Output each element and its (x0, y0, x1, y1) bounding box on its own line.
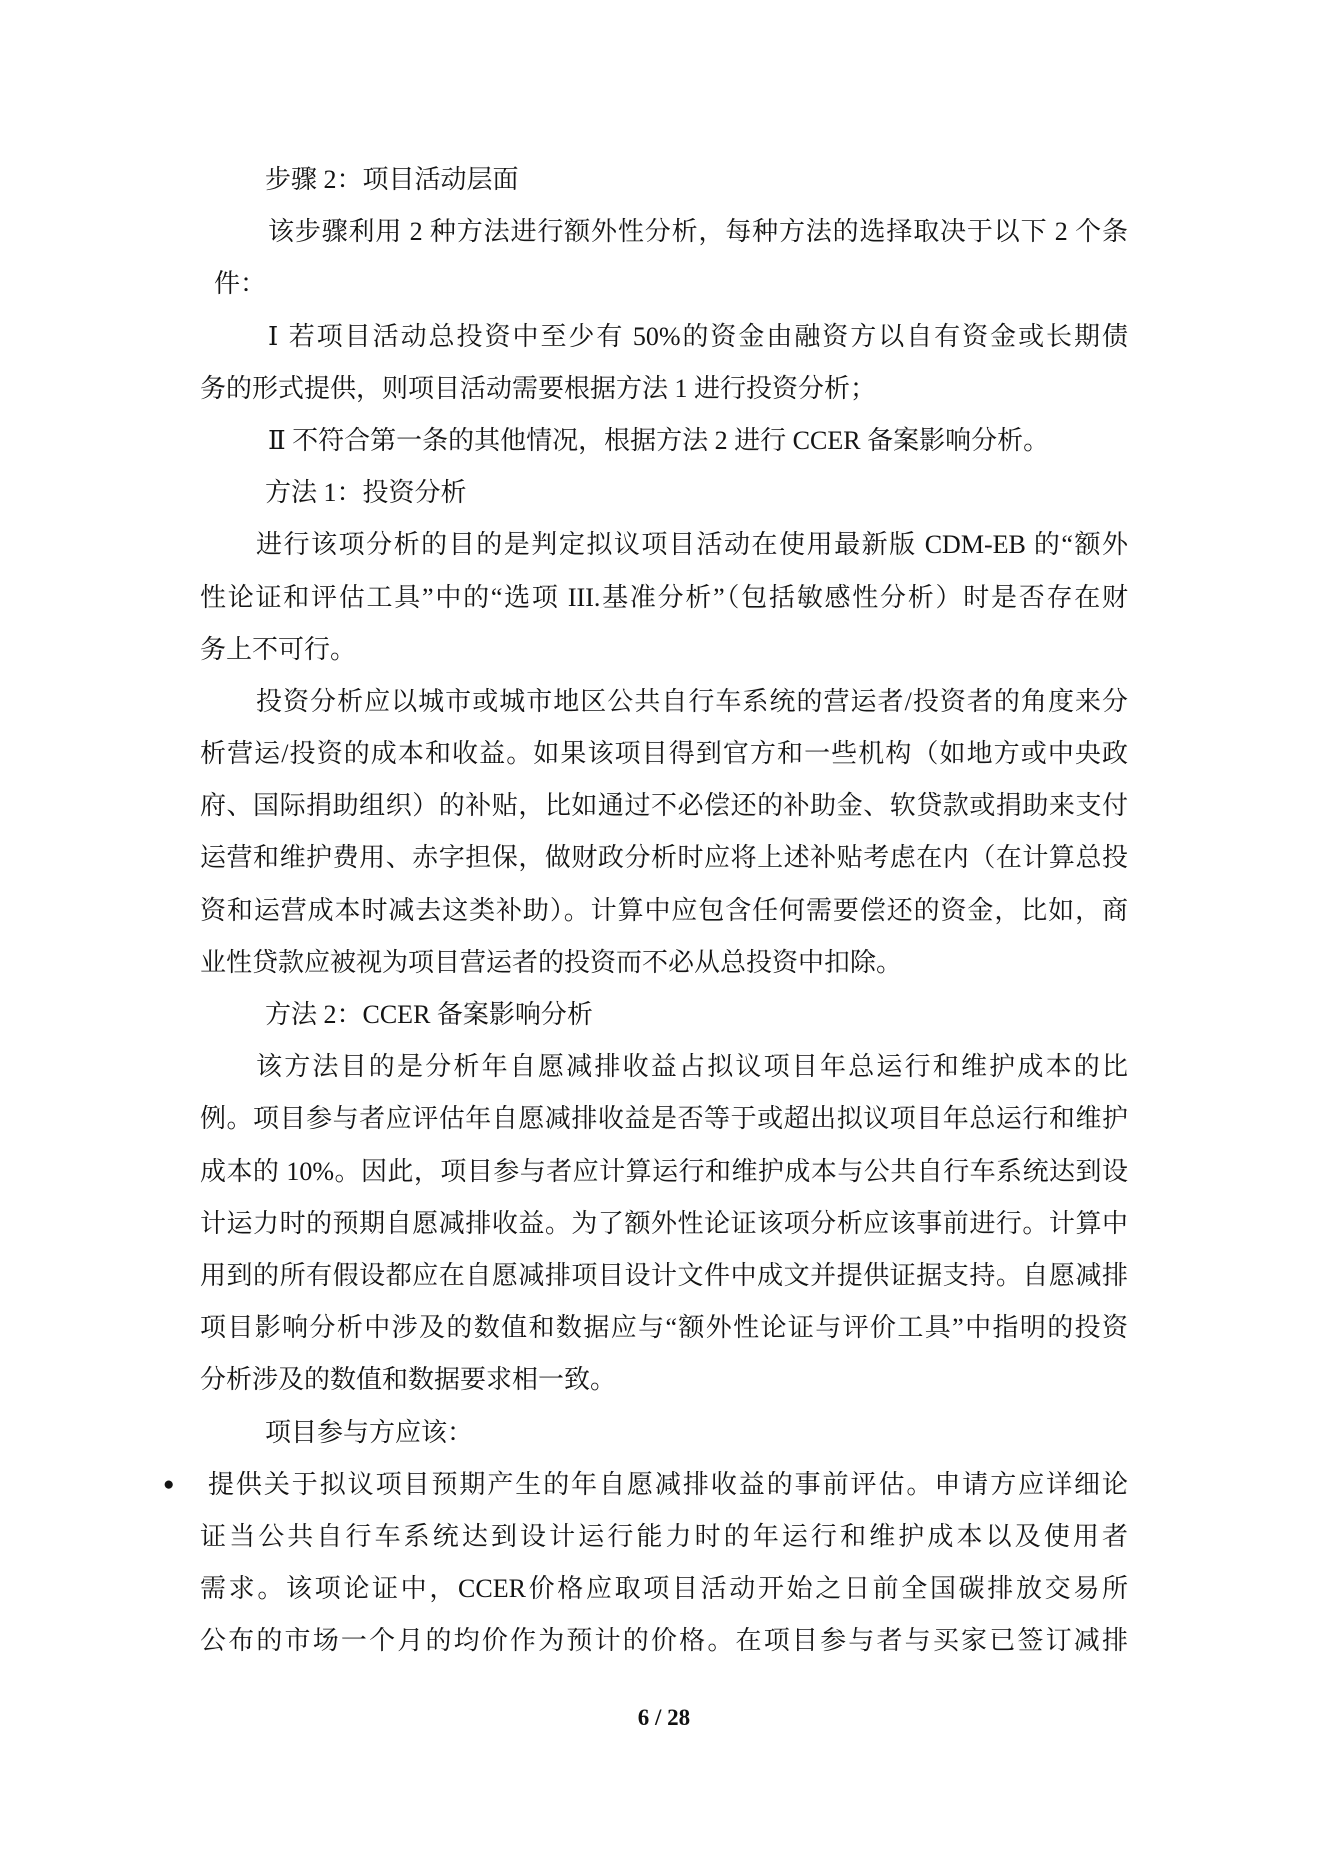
section-heading: 方法 1：投资分析 (200, 467, 1128, 519)
body-text-line: Ⅰ 若项目活动总投资中至少有 50%的资金由融资方以自有资金或长期债 (200, 311, 1128, 363)
body-text-line: 该步骤利用 2 种方法进行额外性分析，每种方法的选择取决于以下 2 个条 (200, 206, 1128, 258)
body-text-line: 析营运/投资的成本和收益。如果该项目得到官方和一些机构（如地方或中央政 (200, 728, 1128, 780)
bullet-icon: ● (163, 1459, 174, 1511)
section-heading: 项目参与方应该： (200, 1407, 1128, 1459)
body-text-line: Ⅱ 不符合第一条的其他情况，根据方法 2 进行 CCER 备案影响分析。 (200, 415, 1128, 467)
body-text-line: 务的形式提供，则项目活动需要根据方法 1 进行投资分析； (200, 363, 1128, 415)
body-text-line: 投资分析应以城市或城市地区公共自行车系统的营运者/投资者的角度来分 (200, 676, 1128, 728)
body-text-line: 计运力时的预期自愿减排收益。为了额外性论证该项分析应该事前进行。计算中 (200, 1198, 1128, 1250)
body-text-line: 资和运营成本时减去这类补助）。计算中应包含任何需要偿还的资金，比如，商 (200, 885, 1128, 937)
body-text-line: 成本的 10%。因此，项目参与者应计算运行和维护成本与公共自行车系统达到设 (200, 1146, 1128, 1198)
list-item-line: 证当公共自行车系统达到设计运行能力时的年运行和维护成本以及使用者 (200, 1511, 1128, 1563)
section-heading: 步骤 2：项目活动层面 (200, 154, 1128, 206)
body-text-line: 件： (200, 258, 1128, 310)
list-item-line: 需求。该项论证中，CCER价格应取项目活动开始之日前全国碳排放交易所 (200, 1563, 1128, 1615)
text-block: 步骤 2：项目活动层面 该步骤利用 2 种方法进行额外性分析，每种方法的选择取决… (200, 154, 1128, 1667)
document-page: 步骤 2：项目活动层面 该步骤利用 2 种方法进行额外性分析，每种方法的选择取决… (0, 0, 1323, 1871)
body-text-line: 项目影响分析中涉及的数值和数据应与“额外性论证与评价工具”中指明的投资 (200, 1302, 1128, 1354)
section-heading: 方法 2：CCER 备案影响分析 (200, 989, 1128, 1041)
body-text-line: 府、国际捐助组织）的补贴，比如通过不必偿还的补助金、软贷款或捐助来支付 (200, 780, 1128, 832)
body-text-line: 用到的所有假设都应在自愿减排项目设计文件中成文并提供证据支持。自愿减排 (200, 1250, 1128, 1302)
body-text-line: 例。项目参与者应评估年自愿减排收益是否等于或超出拟议项目年总运行和维护 (200, 1093, 1128, 1145)
body-text-line: 分析涉及的数值和数据要求相一致。 (200, 1354, 1128, 1406)
body-text-line: 进行该项分析的目的是判定拟议项目活动在使用最新版 CDM-EB 的“额外 (200, 519, 1128, 571)
body-text-line: 性论证和评估工具”中的“选项 III.基准分析”（包括敏感性分析）时是否存在财 (200, 572, 1128, 624)
body-text-line: 该方法目的是分析年自愿减排收益占拟议项目年总运行和维护成本的比 (200, 1041, 1128, 1093)
body-text-line: 运营和维护费用、赤字担保，做财政分析时应将上述补贴考虑在内（在计算总投 (200, 832, 1128, 884)
body-text-line: 务上不可行。 (200, 624, 1128, 676)
page-number: 6 / 28 (200, 1703, 1128, 1733)
list-item-text: 提供关于拟议项目预期产生的年自愿减排收益的事前评估。申请方应详细论 (208, 1470, 1128, 1499)
list-item-line: 公布的市场一个月的均价作为预计的价格。在项目参与者与买家已签订减排 (200, 1615, 1128, 1667)
list-item-line: ●提供关于拟议项目预期产生的年自愿减排收益的事前评估。申请方应详细论 (200, 1459, 1128, 1511)
body-text-line: 业性贷款应被视为项目营运者的投资而不必从总投资中扣除。 (200, 937, 1128, 989)
